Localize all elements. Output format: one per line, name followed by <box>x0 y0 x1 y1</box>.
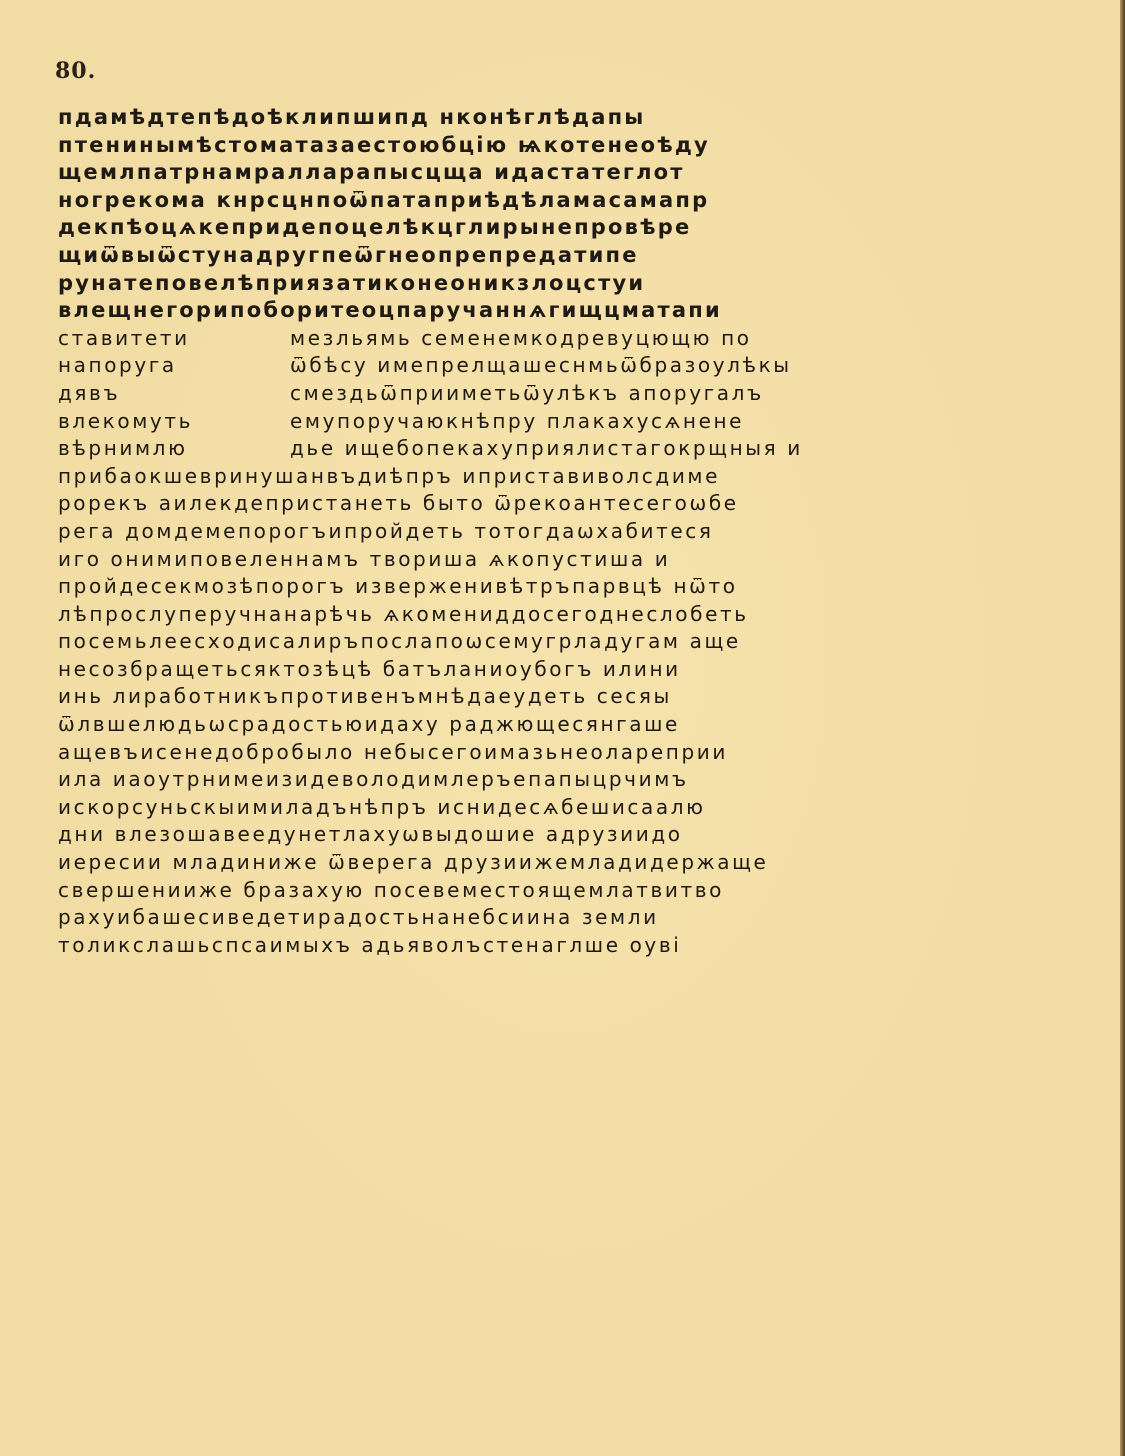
text-line: свершенииже бразахую посевеместоящемлатв… <box>58 877 1068 905</box>
text-line-with-margin: вѣрнимлю дье ищебопекахуприялистагокрщны… <box>58 435 1068 463</box>
text-line: рорекъ аилекдепристанеть быто ѿрекоантес… <box>58 490 1068 518</box>
page-edge-shadow <box>1120 0 1125 1456</box>
margin-word: напоруга <box>58 352 290 380</box>
text-line: иго онимиповеленнамъ твориша ѧкопустиша … <box>58 546 1068 574</box>
line-main-text: смездьѿприиметьѿулѣкъ апоругалъ <box>290 380 1068 408</box>
text-line-with-margin: напоруга ѿбѣсу имепрелщашеснмьѿбразоулѣк… <box>58 352 1068 380</box>
text-line-with-margin: ставитети мезльямь семенемкодревуцющю по <box>58 325 1068 353</box>
margin-word: вѣрнимлю <box>58 435 290 463</box>
manuscript-text-block: пдамѣдтепѣдоѣклипшипд нконѣглѣдапы птени… <box>58 104 1068 959</box>
text-line: несозбращетьсяктозѣцѣ батъланиоубогъ или… <box>58 656 1068 684</box>
line-main-text: емупоручаюкнѣпру плакахусѧнене <box>290 408 1068 436</box>
text-line: рунатеповелѣприязатиконеоникзлоцстуи <box>58 270 1068 298</box>
text-line: лѣпрослуперучнанарѣчь ѧкомениддосегоднес… <box>58 601 1068 629</box>
text-line: прибаокшевринушанвъдиѣпръ иприставиволсд… <box>58 463 1068 491</box>
text-line-with-margin: влекомуть емупоручаюкнѣпру плакахусѧнене <box>58 408 1068 436</box>
text-line: иересии младиниже ѿверега друзиижемладид… <box>58 849 1068 877</box>
text-line: пдамѣдтепѣдоѣклипшипд нконѣглѣдапы <box>58 104 1068 132</box>
text-line-with-margin: дявъ смездьѿприиметьѿулѣкъ апоругалъ <box>58 380 1068 408</box>
manuscript-page: 80. пдамѣдтепѣдоѣклипшипд нконѣглѣдапы п… <box>0 0 1125 1456</box>
text-line: ногрекома кнрсцнпоѿпатаприѣдѣламасамапр <box>58 187 1068 215</box>
text-line: ила иаоутрнимеизидеволодимлеръепапыцрчим… <box>58 766 1068 794</box>
text-line: пройдесекмозѣпорогъ изверженивѣтръпарвцѣ… <box>58 573 1068 601</box>
line-main-text: мезльямь семенемкодревуцющю по <box>290 325 1068 353</box>
text-line: влещнегорипоборитеоцпаручаннѧгищцматапи <box>58 297 1068 325</box>
text-line: рахуибашесиведетирадостьнанебсиина земли <box>58 904 1068 932</box>
text-line: искорсуньскыимиладънѣпръ иснидесѧбешисаа… <box>58 794 1068 822</box>
margin-word: дявъ <box>58 380 290 408</box>
text-line: рега домдемепорогъипройдеть тотогдаѡхаби… <box>58 518 1068 546</box>
text-line: посемьлеесходисалиръпослапоѡсемугрладуга… <box>58 628 1068 656</box>
text-line: ѿлвшелюдьѡсрадостьюидаху раджющесянгаше <box>58 711 1068 739</box>
text-line: ащевъисенедобробыло небысегоимазьнеоларе… <box>58 739 1068 767</box>
text-line: толикслашьспсаимыхъ адьяволъстенаглше оу… <box>58 932 1068 960</box>
text-line: дни влезошавеедунетлахуѡвыдошие адрузиид… <box>58 821 1068 849</box>
margin-word: ставитети <box>58 325 290 353</box>
text-line: инь лиработникъпротивенъмнѣдаеудеть сеся… <box>58 683 1068 711</box>
line-main-text: дье ищебопекахуприялистагокрщныя и <box>290 435 1068 463</box>
text-line: щиѿвыѿстунадругпеѿгнеопрепредатипе <box>58 242 1068 270</box>
line-main-text: ѿбѣсу имепрелщашеснмьѿбразоулѣкы <box>290 352 1068 380</box>
page-number: 80. <box>55 58 96 84</box>
text-line: щемлпатрнамралларапысцща идастатеглот <box>58 159 1068 187</box>
text-line: декпѣоцѧкепридепоцелѣкцглирынепровѣре <box>58 214 1068 242</box>
margin-word: влекомуть <box>58 408 290 436</box>
text-line: птенинымѣстоматазаестоюбцію ѩкотенеоѣду <box>58 132 1068 160</box>
